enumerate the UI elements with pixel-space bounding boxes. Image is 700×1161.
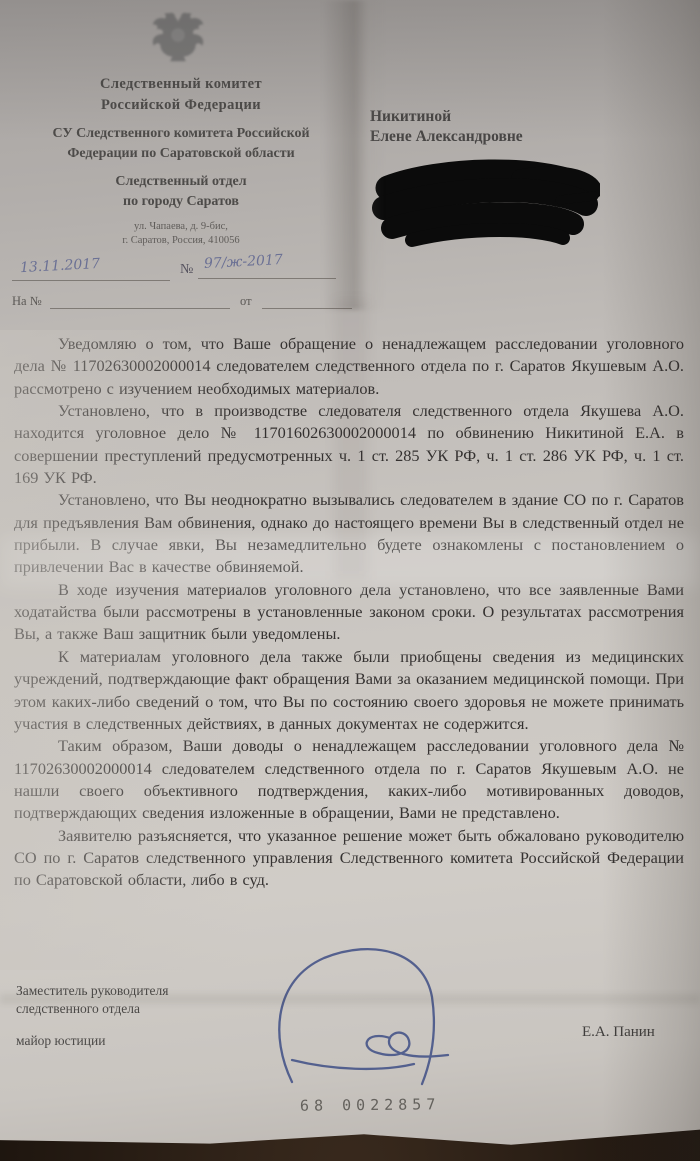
paragraph-2: Установлено, что в производстве следоват… [14,400,684,489]
document-photo: Следственный комитет Российской Федераци… [0,0,700,1161]
signer-name: Е.А. Панин [582,1024,655,1041]
document-content: Следственный комитет Российской Федераци… [0,0,700,1161]
letter-body: Уведомляю о том, что Ваше обращение о не… [14,333,684,892]
incoming-number-underline [50,292,230,309]
paragraph-6: Таким образом, Ваши доводы о ненадлежаще… [14,735,684,824]
letterhead-division: СУ Следственного комитета Российской Фед… [0,124,362,164]
paragraph-7: Заявителю разъясняется, что указанное ре… [14,825,684,892]
paragraph-5: К материалам уголовного дела также были … [14,646,684,735]
date-underline [12,262,170,281]
signature-ink [262,942,507,1092]
incoming-date-underline [262,292,352,309]
signer-position: Заместитель руководителя следственного о… [16,982,168,1018]
redaction-scribble [370,156,600,251]
org-line-2: Российской Федерации [0,95,362,116]
addressee-block: Никитиной Елене Александровне [370,107,523,147]
paragraph-1: Уведомляю о том, что Ваше обращение о не… [14,333,684,400]
signer-position-line-1: Заместитель руководителя [16,982,168,1000]
number-underline [198,260,336,279]
incoming-date-label: от [240,294,252,309]
incoming-number-label: На № [12,294,42,309]
address-line-2: г. Саратов, Россия, 410056 [0,234,362,248]
department-line-1: Следственный отдел [0,172,362,192]
letterhead-department: Следственный отдел по городу Саратов [0,172,362,212]
letterhead-organization: Следственный комитет Российской Федераци… [0,74,362,116]
signer-position-line-2: следственного отдела [16,1000,168,1018]
paragraph-4: В ходе изучения материалов уголовного де… [14,579,684,646]
addressee-given-names: Елене Александровне [370,127,523,147]
number-sign: № [180,262,193,278]
signer-rank: майор юстиции [16,1033,105,1049]
department-line-2: по городу Саратов [0,192,362,212]
org-line-1: Следственный комитет [0,74,362,95]
state-emblem-eagle-icon [146,6,210,68]
form-serial-number: 68 0022857 [300,1095,440,1114]
division-line-2: Федерации по Саратовской области [0,144,362,164]
division-line-1: СУ Следственного комитета Российской [0,124,362,144]
address-line-1: ул. Чапаева, д. 9-бис, [0,220,362,234]
letterhead-address: ул. Чапаева, д. 9-бис, г. Саратов, Росси… [0,220,362,248]
addressee-surname: Никитиной [370,107,523,127]
paragraph-3: Установлено, что Вы неоднократно вызывал… [14,489,684,578]
